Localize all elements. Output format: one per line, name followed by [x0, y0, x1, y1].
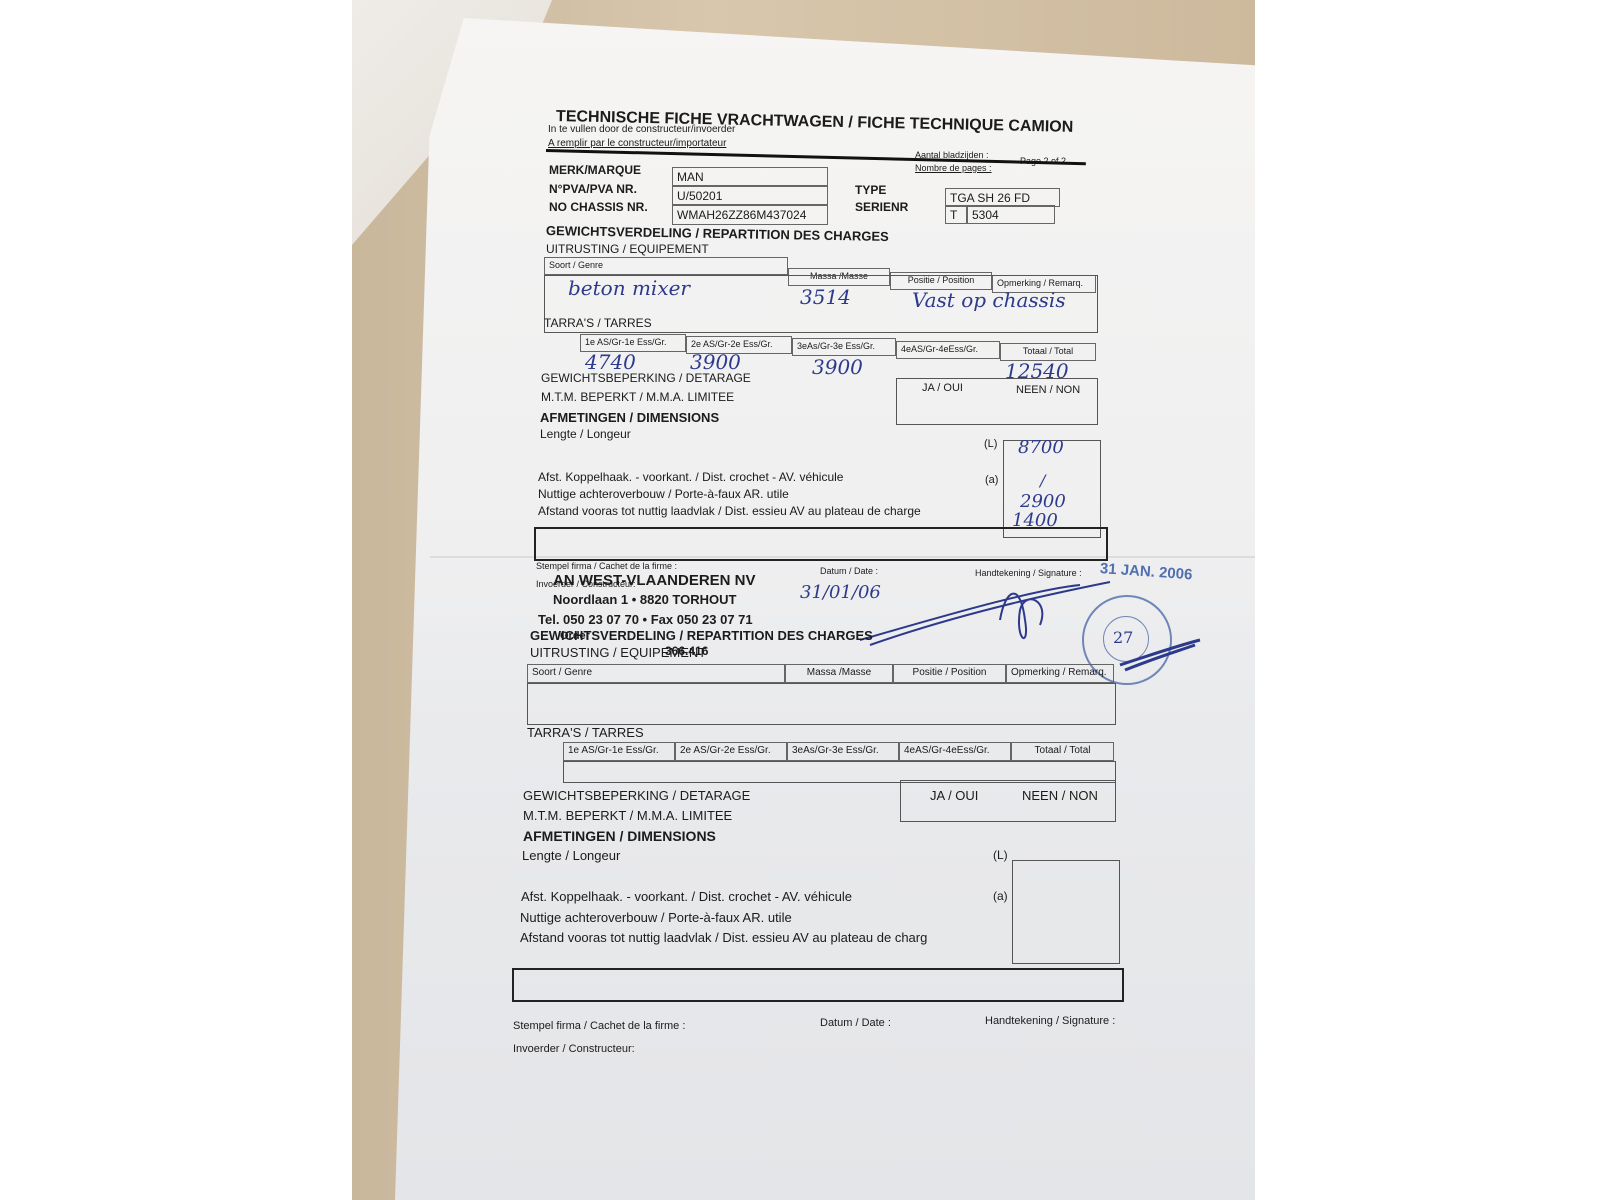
section1-axle-label: Afstand vooras tot nuttig laadvlak / Dis… — [538, 504, 921, 518]
section2-tare-header-4: 4eAS/Gr-4eEss/Gr. — [899, 742, 1011, 761]
serial-value: 5304 — [967, 205, 1055, 224]
section2-axle-label: Afstand vooras tot nuttig laadvlak / Dis… — [520, 930, 927, 945]
section2-tare-header-total: Totaal / Total — [1011, 742, 1114, 761]
section1-stamp-label: Stempel firma / Cachet de la firme : — [536, 561, 677, 571]
section1-no-label: NEEN / NON — [1016, 384, 1080, 396]
serial-label: SERIENR — [855, 200, 908, 214]
section1-coupling-label: Afst. Koppelhaak. - voorkant. / Dist. cr… — [538, 470, 843, 484]
section2-remarks-box — [512, 968, 1124, 1002]
section2-tare-label: TARRA'S / TARRES — [527, 725, 644, 740]
section1-equipment-label: UITRUSTING / EQUIPEMENT — [546, 242, 709, 256]
section2-equip-header-remark: Opmerking / Remarq. — [1006, 664, 1114, 683]
section2-mma-label: M.T.M. BEPERKT / M.M.A. LIMITEE — [523, 808, 732, 823]
section2-equip-header-genre: Soort / Genre — [527, 664, 785, 683]
form-subtitle-nl: In te vullen door de constructeur/invoer… — [548, 124, 735, 135]
section1-coupling-marker: (a) — [985, 474, 998, 486]
type-label: TYPE — [855, 183, 886, 197]
section2-yes-label: JA / OUI — [930, 788, 978, 803]
section2-overhang-label: Nuttige achteroverbouw / Porte-à-faux AR… — [520, 910, 792, 925]
brand-value: MAN — [672, 167, 828, 186]
pva-label: N°PVA/PVA NR. — [549, 182, 637, 196]
section1-overhang-label: Nuttige achteroverbouw / Porte-à-faux AR… — [538, 487, 789, 501]
section2-coupling-marker: (a) — [993, 889, 1008, 903]
section2-dimensions-box — [1012, 860, 1120, 964]
section1-equipment-genre: beton mixer — [568, 276, 690, 300]
form-subtitle-fr: A remplir par le constructeur/importateu… — [548, 138, 726, 149]
section2-restriction-label: GEWICHTSBEPERKING / DETARAGE — [523, 788, 750, 803]
company-stamp-address: Noordlaan 1 • 8820 TORHOUT — [553, 592, 736, 607]
section1-restriction-label: GEWICHTSBEPERKING / DETARAGE — [541, 371, 751, 385]
section1-remarks-box — [534, 527, 1108, 561]
section2-equip-header-mass: Massa /Masse — [785, 664, 893, 683]
section2-stamp-label: Stempel firma / Cachet de la firme : — [513, 1020, 685, 1032]
section2-tare-header-2: 2e AS/Gr-2e Ess/Gr. — [675, 742, 787, 761]
serial-prefix: T — [945, 205, 967, 224]
section1-length-label: Lengte / Longeur — [540, 427, 631, 441]
section2-coupling-label: Afst. Koppelhaak. - voorkant. / Dist. cr… — [521, 889, 852, 904]
section2-date-label: Datum / Date : — [820, 1017, 891, 1029]
pages-label-fr: Nombre de pages : — [915, 163, 992, 173]
section2-heading: GEWICHTSVERDELING / REPARTITION DES CHAR… — [530, 628, 873, 643]
section2-length-label: Lengte / Longeur — [522, 848, 620, 863]
chassis-value: WMAH26ZZ86M437024 — [672, 205, 828, 225]
section2-equip-header-position: Positie / Position — [893, 664, 1006, 683]
section2-dimensions-heading: AFMETINGEN / DIMENSIONS — [523, 828, 716, 844]
section1-dimensions-heading: AFMETINGEN / DIMENSIONS — [540, 410, 719, 425]
section1-equipment-position: Vast op chassis — [912, 288, 1066, 312]
section1-tare-axle3: 3900 — [812, 355, 863, 379]
section1-overhang-value: 2900 — [1020, 491, 1066, 512]
section2-length-marker: (L) — [993, 848, 1008, 862]
section2-signature-label: Handtekening / Signature : — [985, 1015, 1115, 1027]
section2-equipment-label: UITRUSTING / EQUIPEMENT — [530, 645, 706, 660]
section1-equip-header-genre: Soort / Genre — [544, 257, 788, 275]
section2-tare-header-1: 1e AS/Gr-1e Ess/Gr. — [563, 742, 675, 761]
section2-tare-header-3: 3eAs/Gr-3e Ess/Gr. — [787, 742, 899, 761]
company-stamp-name: AN WEST-VLAANDEREN NV — [553, 572, 756, 589]
section1-yes-label: JA / OUI — [922, 382, 963, 394]
section1-equipment-mass: 3514 — [800, 285, 851, 309]
section1-length-value: 8700 — [1018, 437, 1064, 458]
section1-coupling-value: / — [1040, 471, 1045, 490]
company-stamp-phone: Tel. 050 23 07 70 • Fax 050 23 07 71 — [538, 612, 753, 627]
section1-mma-label: M.T.M. BEPERKT / M.M.A. LIMITEE — [541, 390, 734, 404]
chassis-label: NO CHASSIS NR. — [549, 200, 648, 214]
section2-importer-label: Invoerder / Constructeur: — [513, 1043, 635, 1055]
section1-length-marker: (L) — [984, 438, 997, 450]
section1-tare-header-4: 4eAS/Gr-4eEss/Gr. — [896, 341, 1000, 359]
brand-label: MERK/MARQUE — [549, 163, 641, 177]
pva-value: U/50201 — [672, 186, 828, 205]
section1-tare-header-3: 3eAs/Gr-3e Ess/Gr. — [792, 338, 896, 356]
section2-equipment-table — [527, 683, 1116, 725]
section2-no-label: NEEN / NON — [1022, 788, 1098, 803]
section1-tare-label: TARRA'S / TARRES — [544, 316, 652, 330]
